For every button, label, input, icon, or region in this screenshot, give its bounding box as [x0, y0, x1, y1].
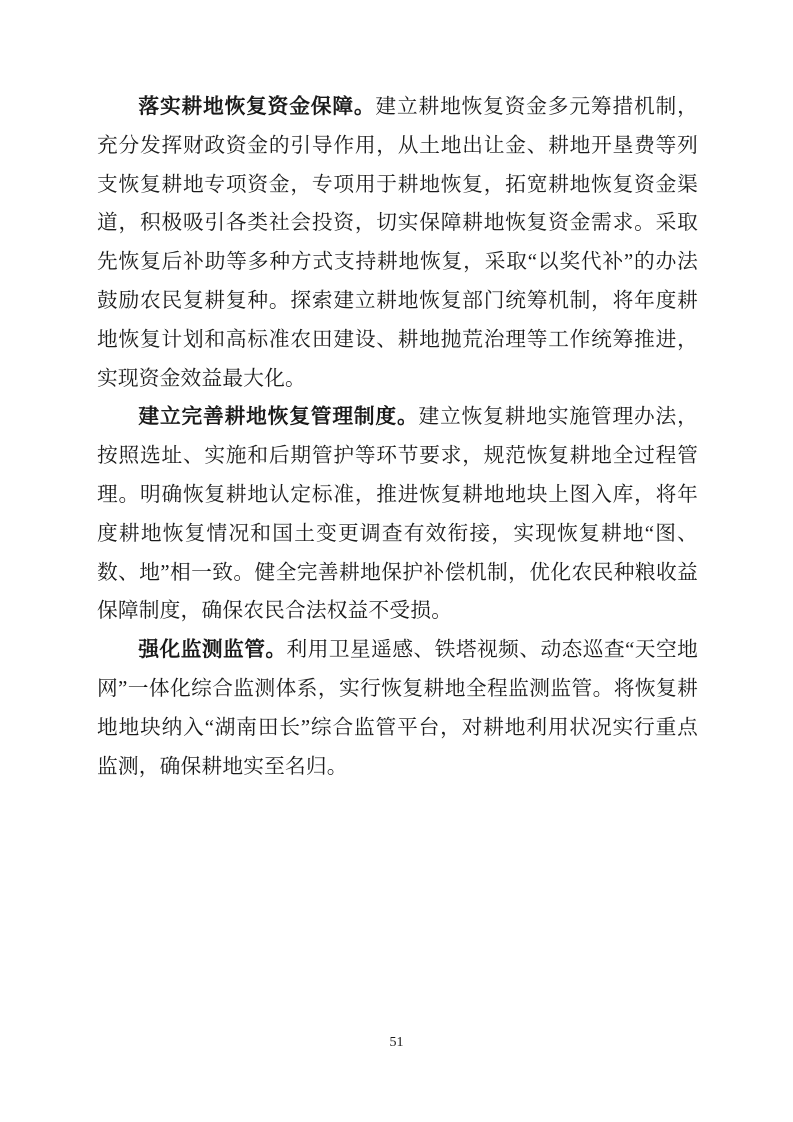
page-number: 51: [0, 1033, 793, 1053]
document-page: 落实耕地恢复资金保障。建立耕地恢复资金多元筹措机制，充分发挥财政资金的引导作用，…: [0, 0, 793, 1122]
paragraph-body-text: 建立耕地恢复资金多元筹措机制，充分发挥财政资金的引导作用，从土地出让金、耕地开垦…: [97, 96, 698, 390]
paragraph-lead-bold: 建立完善耕地恢复管理制度。: [138, 406, 418, 428]
document-body: 落实耕地恢复资金保障。建立耕地恢复资金多元筹措机制，充分发挥财政资金的引导作用，…: [97, 88, 698, 786]
paragraph-lead-bold: 落实耕地恢复资金保障。: [138, 96, 375, 118]
paragraph-lead-bold: 强化监测监管。: [138, 639, 286, 661]
paragraph: 落实耕地恢复资金保障。建立耕地恢复资金多元筹措机制，充分发挥财政资金的引导作用，…: [97, 88, 698, 398]
paragraph: 建立完善耕地恢复管理制度。建立恢复耕地实施管理办法，按照选址、实施和后期管护等环…: [97, 398, 698, 631]
paragraph: 强化监测监管。利用卫星遥感、铁塔视频、动态巡查“天空地网”一体化综合监测体系，实…: [97, 631, 698, 786]
paragraph-body-text: 建立恢复耕地实施管理办法，按照选址、实施和后期管护等环节要求，规范恢复耕地全过程…: [97, 406, 698, 622]
